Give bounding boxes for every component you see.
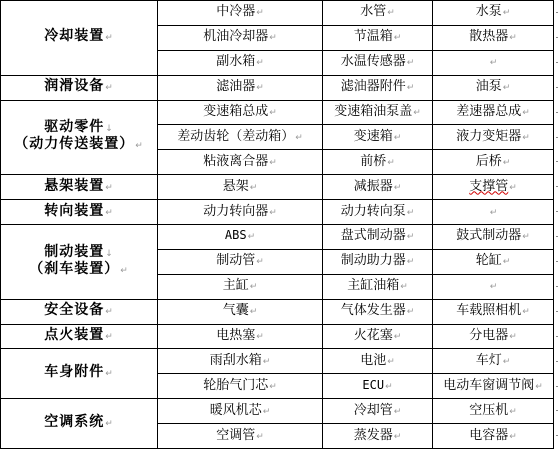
part-cell: 中冷器↵ [158,1,323,26]
table-row: 制动装置↓（刹车装置）↵ABS↵盘式制动器↵鼓式制动器↵ [1,225,554,250]
paragraph-mark-icon: ↵ [135,141,144,151]
paragraph-mark-icon: ↵ [105,183,114,193]
part-cell: 滤油器附件↵ [323,75,433,100]
part-cell: 动力转向泵↵ [323,200,433,225]
part-cell: 油泵↵ [433,75,554,100]
part-cell: 主缸↵ [158,274,323,299]
category-cell: 点火装置↵ [1,324,158,349]
paragraph-mark-icon: ↵ [256,83,264,93]
part-cell: 动力转向器↵ [158,200,323,225]
category-text: 转向装置 [44,203,104,219]
paragraph-mark-icon: ↵ [407,307,415,317]
table-body: 冷却装置↵中冷器↵水管↵水泵↵机油冷却器↵节温箱↵散热器↵副水箱↵水温传感器↵↵… [1,1,554,449]
part-name: 空压机 [469,403,508,418]
category-text: 安全设备 [44,302,104,318]
paragraph-mark-icon: ↵ [295,133,303,143]
part-cell: 变速箱油泵盖↵ [323,100,433,125]
part-name: 主缸油箱 [347,278,399,293]
part-cell: 前桥↵ [323,150,433,175]
part-name: 液力变矩器 [456,129,521,144]
category-text: 冷却装置 [44,28,104,44]
part-name: 悬架 [223,179,249,194]
category-label: 空调系统↵ [3,415,155,432]
category-label: 点火装置↵ [3,328,155,345]
paragraph-mark-icon: ↵ [250,183,258,193]
paragraph-mark-icon: ↵ [256,432,264,442]
paragraph-mark-icon: ↵ [263,357,271,367]
part-name: 差速器总成 [456,104,521,119]
part-name: 鼓式制动器 [456,228,521,243]
paragraph-mark-icon: ↵ [503,83,511,93]
paragraph-mark-icon: ↵ [509,332,517,342]
part-cell: 轮缸↵ [433,249,554,274]
part-cell: 水泵↵ [433,1,554,26]
part-cell: 气囊↵ [158,299,323,324]
paragraph-mark-icon: ↵ [387,357,395,367]
part-name: 制动助力器 [341,253,406,268]
paragraph-mark-icon: ↵ [394,432,402,442]
category-text: 点火装置 [44,327,104,343]
table-row: 车身附件↵雨刮水箱↵电池↵车灯↵ [1,349,554,374]
part-name: 油泵 [476,79,502,94]
part-cell: 支撑管↵ [433,175,554,200]
paragraph-mark-icon: ↵ [522,307,530,317]
part-cell: 主缸油箱↵ [323,274,433,299]
part-name: ABS [225,228,247,242]
part-cell: 雨刮水箱↵ [158,349,323,374]
paragraph-mark-icon: ↵ [394,33,402,43]
paragraph-mark-icon: ↵ [490,282,498,292]
part-name: 支撑管 [469,179,508,194]
part-cell: 车载照相机↵ [433,299,554,324]
category-label: 车身附件↵ [3,365,155,382]
table-row: 冷却装置↵中冷器↵水管↵水泵↵ [1,1,554,26]
paragraph-mark-icon: ↵ [490,208,498,218]
part-cell: 差速器总成↵ [433,100,554,125]
paragraph-mark-icon: ↵ [385,382,393,392]
paragraph-mark-icon: ↵ [394,407,402,417]
category-text: （刹车装置） [29,261,119,277]
part-cell: 电动车窗调节阀↵ [433,374,554,399]
part-cell: 变速箱↵ [323,125,433,150]
category-label: （动力传送装置）↵ [3,137,155,154]
part-cell: ↵ [433,50,554,75]
paragraph-mark-icon: ↵ [387,158,395,168]
part-cell: ECU↵ [323,374,433,399]
part-cell: 蒸发器↵ [323,424,433,449]
part-cell: ABS↵ [158,225,323,250]
category-label: 制动装置↓ [3,245,155,262]
table-row: 空调系统↵暖风机芯↵冷却管↵空压机↵ [1,399,554,424]
paragraph-mark-icon: ↵ [256,257,264,267]
paragraph-mark-icon: ↵ [407,58,415,68]
paragraph-mark-icon: ↵ [105,33,114,43]
part-cell: 气体发生器↵ [323,299,433,324]
part-cell: ↵ [433,200,554,225]
part-name: 盘式制动器 [341,228,406,243]
paragraph-mark-icon: ↵ [105,419,114,429]
part-name: 副水箱 [216,54,255,69]
part-cell: 空调管↵ [158,424,323,449]
paragraph-mark-icon: ↵ [509,432,517,442]
part-name: 变速箱油泵盖 [334,104,412,119]
part-name: 轮缸 [476,253,502,268]
part-cell: 差动齿轮（差动箱）↵ [158,125,323,150]
category-cell: 驱动零件↓（动力传送装置）↵ [1,100,158,175]
paragraph-mark-icon: ↵ [509,407,517,417]
part-cell: 悬架↵ [158,175,323,200]
part-name: 电热塞 [216,328,255,343]
category-label: 驱动零件↓ [3,120,155,137]
paragraph-mark-icon: ↵ [256,58,264,68]
paragraph-mark-icon: ↵ [269,208,277,218]
part-name: 车灯 [476,353,502,368]
paragraph-mark-icon: ↵ [503,257,511,267]
category-label: （刹车装置）↵ [3,262,155,279]
category-cell: 悬架装置↵ [1,175,158,200]
part-name: 气体发生器 [341,303,406,318]
part-cell: 分电器↵ [433,324,554,349]
paragraph-mark-icon: ↵ [407,232,415,242]
table-row: 安全设备↵气囊↵气体发生器↵车载照相机↵ [1,299,554,324]
line-break-mark-icon: ↓ [105,249,114,259]
part-name: 后桥 [476,154,502,169]
part-cell: 制动助力器↵ [323,249,433,274]
paragraph-mark-icon: ↵ [263,407,271,417]
category-cell: 空调系统↵ [1,399,158,449]
auto-parts-table: 冷却装置↵中冷器↵水管↵水泵↵机油冷却器↵节温箱↵散热器↵副水箱↵水温传感器↵↵… [0,0,554,449]
part-cell: 滤油器↵ [158,75,323,100]
paragraph-mark-icon: ↵ [407,257,415,267]
part-cell: 制动管↵ [158,249,323,274]
paragraph-mark-icon: ↵ [394,332,402,342]
part-name: 前桥 [360,154,386,169]
part-name: 变速箱总成 [203,104,268,119]
category-cell: 润滑设备↵ [1,75,158,100]
part-name: 气囊 [223,303,249,318]
part-name: 电池 [360,353,386,368]
part-cell: 电容器↵ [433,424,554,449]
category-cell: 车身附件↵ [1,349,158,399]
paragraph-mark-icon: ↵ [105,369,114,379]
part-name: 散热器 [469,29,508,44]
paragraph-mark-icon: ↵ [387,8,395,18]
paragraph-mark-icon: ↵ [248,232,256,242]
paragraph-mark-icon: ↵ [407,83,415,93]
paragraph-mark-icon: ↵ [490,58,498,68]
paragraph-mark-icon: ↵ [394,133,402,143]
part-name: 蒸发器 [354,428,393,443]
part-name: ECU [362,378,384,392]
category-cell: 转向装置↵ [1,200,158,225]
paragraph-mark-icon: ↵ [105,332,114,342]
paragraph-mark-icon: ↵ [522,232,530,242]
paragraph-mark-icon: ↵ [509,33,517,43]
paragraph-mark-icon: ↵ [503,158,511,168]
paragraph-mark-icon: ↵ [105,83,114,93]
category-text: 润滑设备 [44,78,104,94]
paragraph-mark-icon: ↵ [105,208,114,218]
part-cell: 变速箱总成↵ [158,100,323,125]
line-break-mark-icon: ↓ [105,124,114,134]
part-name: 水温传感器 [341,54,406,69]
part-cell: 节温箱↵ [323,25,433,50]
part-name: 冷却管 [354,403,393,418]
paragraph-mark-icon: ↵ [269,108,277,118]
paragraph-mark-icon: ↵ [269,33,277,43]
part-cell: 鼓式制动器↵ [433,225,554,250]
paragraph-mark-icon: ↵ [256,8,264,18]
part-name: 电动车窗调节阀 [443,378,534,393]
part-cell: 机油冷却器↵ [158,25,323,50]
table-row: 悬架装置↵悬架↵减振器↵支撑管↵ [1,175,554,200]
part-cell: 暖风机芯↵ [158,399,323,424]
part-name: 中冷器 [216,4,255,19]
category-cell: 制动装置↓（刹车装置）↵ [1,225,158,300]
part-name: 变速箱 [354,129,393,144]
category-text: （动力传送装置） [14,136,134,152]
part-cell: 盘式制动器↵ [323,225,433,250]
paragraph-mark-icon: ↵ [509,183,517,193]
part-name: 暖风机芯 [210,403,262,418]
part-name: 动力转向泵 [341,204,406,219]
paragraph-mark-icon: ↵ [269,382,277,392]
part-cell: 空压机↵ [433,399,554,424]
part-name: 分电器 [469,328,508,343]
category-text: 车身附件 [44,364,104,380]
category-label: 悬架装置↵ [3,179,155,196]
part-name: 空调管 [216,428,255,443]
part-cell: 水温传感器↵ [323,50,433,75]
part-name: 电容器 [469,428,508,443]
paragraph-mark-icon: ↵ [250,307,258,317]
part-name: 主缸 [223,278,249,293]
part-name: 滤油器 [216,79,255,94]
part-cell: 水管↵ [323,1,433,26]
part-cell: 电池↵ [323,349,433,374]
part-name: 动力转向器 [203,204,268,219]
part-cell: 副水箱↵ [158,50,323,75]
paragraph-mark-icon: ↵ [503,8,511,18]
part-cell: 电热塞↵ [158,324,323,349]
paragraph-mark-icon: ↵ [407,208,415,218]
part-cell: 冷却管↵ [323,399,433,424]
part-name: 粘液离合器 [203,154,268,169]
part-name: 减振器 [354,179,393,194]
paragraph-mark-icon: ↵ [250,282,258,292]
part-name: 轮胎气门芯 [203,378,268,393]
category-label: 润滑设备↵ [3,79,155,96]
part-name: 水管 [360,4,386,19]
category-text: 空调系统 [44,414,104,430]
paragraph-mark-icon: ↵ [535,382,543,392]
table-row: 润滑设备↵滤油器↵滤油器附件↵油泵↵ [1,75,554,100]
table-row: 点火装置↵电热塞↵火花塞↵分电器↵ [1,324,554,349]
part-name: 机油冷却器 [203,29,268,44]
category-label: 转向装置↵ [3,204,155,221]
part-cell: 减振器↵ [323,175,433,200]
part-cell: 车灯↵ [433,349,554,374]
paragraph-mark-icon: ↵ [394,183,402,193]
part-cell: 液力变矩器↵ [433,125,554,150]
category-cell: 冷却装置↵ [1,1,158,76]
category-text: 悬架装置 [44,178,104,194]
part-name: 雨刮水箱 [210,353,262,368]
paragraph-mark-icon: ↵ [256,332,264,342]
part-cell: 后桥↵ [433,150,554,175]
part-cell: 散热器↵ [433,25,554,50]
paragraph-mark-icon: ↵ [400,282,408,292]
part-name: 水泵 [476,4,502,19]
table-row: 驱动零件↓（动力传送装置）↵变速箱总成↵变速箱油泵盖↵差速器总成↵ [1,100,554,125]
part-name: 节温箱 [354,29,393,44]
category-cell: 安全设备↵ [1,299,158,324]
table-row: 转向装置↵动力转向器↵动力转向泵↵↵ [1,200,554,225]
paragraph-mark-icon: ↵ [522,133,530,143]
paragraph-mark-icon: ↵ [120,266,129,276]
category-text: 制动装置 [44,244,104,260]
category-text: 驱动零件 [44,119,104,135]
part-cell: 轮胎气门芯↵ [158,374,323,399]
paragraph-mark-icon: ↵ [269,158,277,168]
paragraph-mark-icon: ↵ [413,108,421,118]
part-name: 差动齿轮（差动箱） [177,129,294,144]
category-label: 安全设备↵ [3,303,155,320]
part-name: 火花塞 [354,328,393,343]
category-label: 冷却装置↵ [3,29,155,46]
part-name: 滤油器附件 [341,79,406,94]
paragraph-mark-icon: ↵ [105,307,114,317]
part-name: 车载照相机 [456,303,521,318]
part-cell: 火花塞↵ [323,324,433,349]
part-cell: 粘液离合器↵ [158,150,323,175]
paragraph-mark-icon: ↵ [503,357,511,367]
part-name: 制动管 [216,253,255,268]
paragraph-mark-icon: ↵ [522,108,530,118]
part-cell: ↵ [433,274,554,299]
